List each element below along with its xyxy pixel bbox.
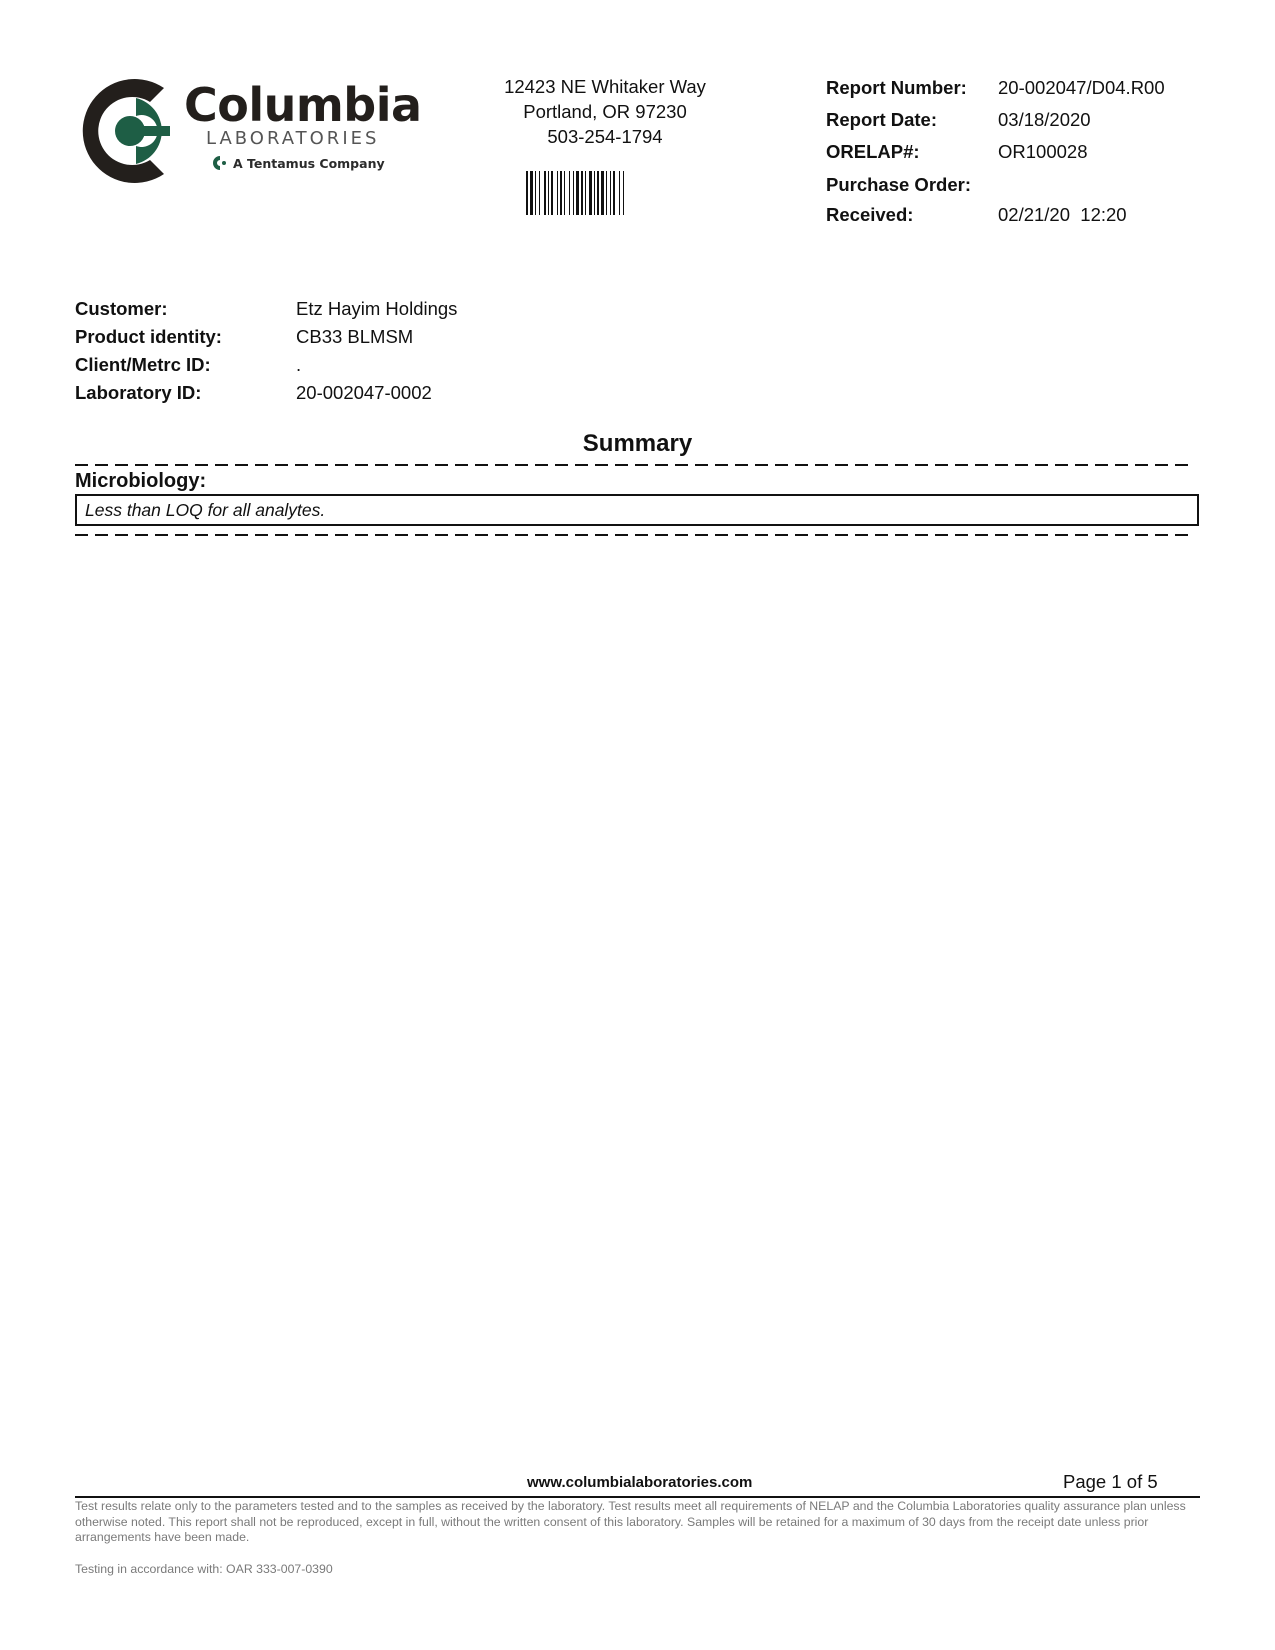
- tagline-text: A Tentamus Company: [233, 156, 385, 171]
- summary-divider-top: [75, 464, 1191, 466]
- address-street: 12423 NE Whitaker Way: [480, 74, 730, 99]
- client-metrc-id-label: Client/Metrc ID:: [75, 354, 211, 376]
- testing-note: Testing in accordance with: OAR 333-007-…: [75, 1562, 333, 1576]
- report-date-value: 03/18/2020: [998, 109, 1091, 131]
- customer-label: Customer:: [75, 298, 168, 320]
- summary-divider-bottom: [75, 534, 1191, 536]
- received-value: 02/21/20 12:20: [998, 204, 1127, 226]
- product-identity-label: Product identity:: [75, 326, 222, 348]
- footer-disclaimer: Test results relate only to the paramete…: [75, 1499, 1200, 1546]
- address-phone: 503-254-1794: [480, 124, 730, 149]
- microbiology-result-box: Less than LOQ for all analytes.: [75, 494, 1199, 526]
- logo-subtitle: LABORATORIES: [206, 128, 379, 149]
- purchase-order-label: Purchase Order:: [826, 174, 971, 196]
- laboratory-id-value: 20-002047-0002: [296, 382, 432, 404]
- footer-divider: [75, 1496, 1200, 1498]
- client-metrc-id-value: .: [296, 354, 301, 376]
- company-logo: Columbia LABORATORIES A Tentamus Company: [78, 76, 408, 186]
- received-label: Received:: [826, 204, 913, 226]
- logo-wordmark: Columbia: [184, 78, 422, 132]
- orelap-label: ORELAP#:: [826, 141, 920, 163]
- microbiology-result: Less than LOQ for all analytes.: [85, 500, 325, 521]
- report-number-label: Report Number:: [826, 77, 967, 99]
- page-number: Page 1 of 5: [1063, 1471, 1158, 1493]
- product-identity-value: CB33 BLMSM: [296, 326, 413, 348]
- laboratory-id-label: Laboratory ID:: [75, 382, 201, 404]
- columbia-c-logo-icon: [78, 76, 184, 186]
- customer-value: Etz Hayim Holdings: [296, 298, 457, 320]
- logo-tagline: A Tentamus Company: [211, 155, 385, 171]
- report-date-label: Report Date:: [826, 109, 937, 131]
- lab-address: 12423 NE Whitaker Way Portland, OR 97230…: [480, 74, 730, 149]
- report-number-value: 20-002047/D04.R00: [998, 77, 1165, 99]
- microbiology-label: Microbiology:: [75, 470, 206, 493]
- barcode: [526, 171, 668, 215]
- tentamus-icon: [211, 155, 229, 171]
- footer-website-link[interactable]: www.columbialaboratories.com: [527, 1474, 752, 1491]
- address-city: Portland, OR 97230: [480, 99, 730, 124]
- orelap-value: OR100028: [998, 141, 1087, 163]
- summary-title: Summary: [0, 430, 1275, 458]
